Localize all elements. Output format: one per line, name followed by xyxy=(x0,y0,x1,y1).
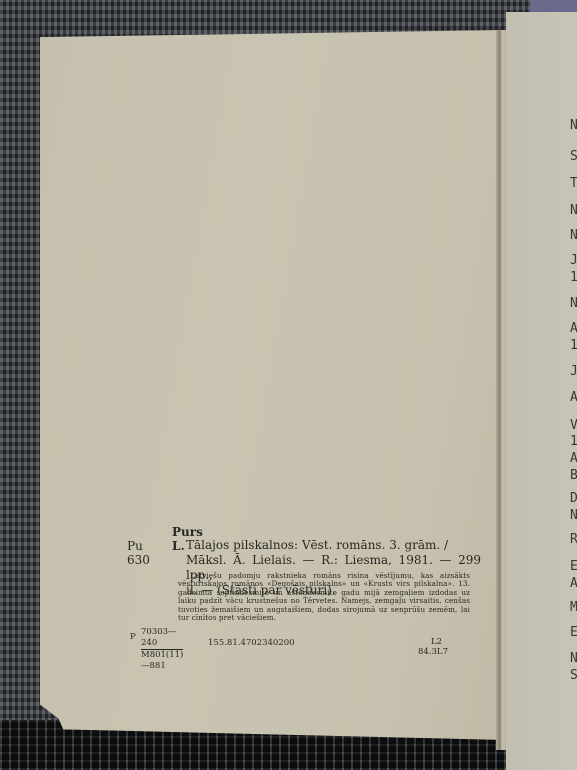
facing-page xyxy=(506,12,577,770)
annotation-body: Latviešu padomju rakstnieka romāns risin… xyxy=(178,571,470,622)
call-number: Pu 630 xyxy=(127,539,150,567)
index-fraction: 70303—240 M801(11)—881 xyxy=(141,627,183,672)
classification-2: 84.3L7 xyxy=(418,647,448,657)
title-line-1: Tālajos pilskalnos: Vēst. romāns. 3. grā… xyxy=(186,538,481,553)
edge-letter: 1 xyxy=(570,338,577,353)
edge-letter: E xyxy=(570,625,577,640)
code-number: 155.81.4702340200 xyxy=(208,638,295,648)
edge-letter: B xyxy=(570,468,577,483)
fraction-denominator: M801(11)—881 xyxy=(141,650,183,671)
edge-letter: D xyxy=(570,491,577,506)
edge-letter: A xyxy=(570,451,577,466)
edge-letter: A xyxy=(570,390,577,405)
edge-letter: N xyxy=(570,296,577,311)
edge-letter: M xyxy=(570,600,577,615)
book-spine-gutter xyxy=(496,30,506,750)
annotation-text: Latviešu padomju rakstnieka romāns risin… xyxy=(178,572,470,622)
book-page xyxy=(40,30,505,740)
edge-letter: N xyxy=(570,508,577,523)
edge-letter: N xyxy=(570,228,577,243)
edge-letter: 1 xyxy=(570,270,577,285)
price-letter: P xyxy=(130,632,136,642)
edge-letter: J xyxy=(570,253,577,268)
edge-letter: R xyxy=(570,532,577,547)
edge-letter: N xyxy=(570,118,577,133)
edge-letter: S xyxy=(570,149,577,164)
fraction-numerator: 70303—240 xyxy=(141,627,183,650)
edge-letter: S xyxy=(570,668,577,683)
edge-letter: A xyxy=(570,576,577,591)
edge-letter: J xyxy=(570,364,577,379)
classification-1: L2 xyxy=(431,637,442,647)
edge-letter: V xyxy=(570,418,577,433)
edge-letter: 1 xyxy=(570,434,577,449)
edge-letter: A xyxy=(570,321,577,336)
edge-letter: T xyxy=(570,176,577,191)
edge-letter: N xyxy=(570,651,577,666)
edge-letter: N xyxy=(570,203,577,218)
edge-letter: E xyxy=(570,559,577,574)
